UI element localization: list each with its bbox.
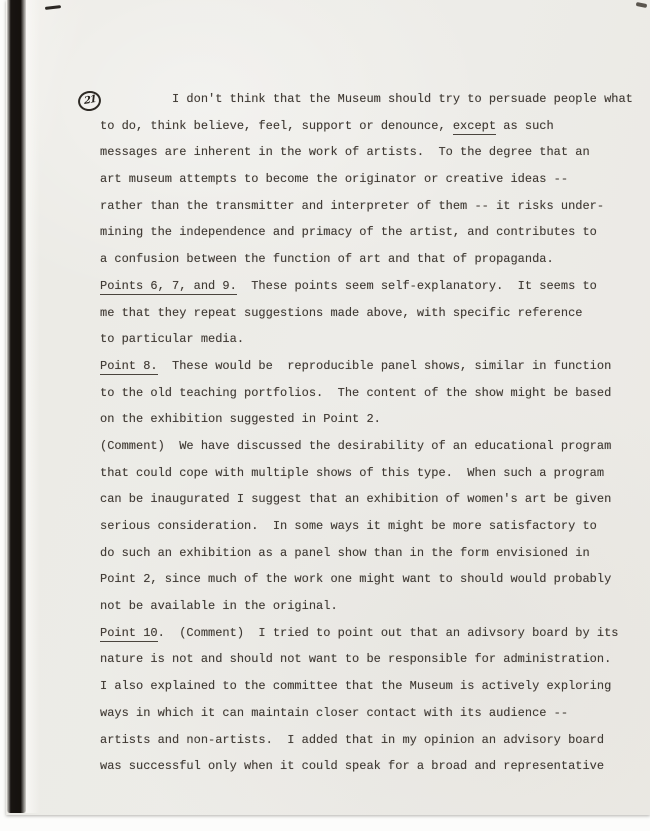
text-line: not be available in the original. — [100, 593, 630, 620]
text-segment: artists and non-artists. I added that in… — [100, 733, 604, 747]
text-line: I don't think that the Museum should try… — [100, 86, 630, 113]
text-segment: mining the independence and primacy of t… — [100, 225, 597, 239]
text-segment: not be available in the original. — [100, 599, 338, 613]
text-segment: can be inaugurated I suggest that an exh… — [100, 492, 611, 506]
document-text: I don't think that the Museum should try… — [100, 86, 630, 780]
text-line: (Comment) We have discussed the desirabi… — [100, 433, 630, 460]
page-number: 21 — [83, 95, 95, 107]
underlined-text: except — [453, 119, 496, 135]
text-segment: me that they repeat suggestions made abo… — [100, 306, 582, 320]
text-line: Point 8. These would be reproducible pan… — [100, 353, 630, 380]
binding-glare — [26, 0, 40, 813]
text-segment: that could cope with multiple shows of t… — [100, 466, 604, 480]
text-segment: art museum attempts to become the origin… — [100, 172, 568, 186]
text-line: messages are inherent in the work of art… — [100, 139, 630, 166]
underlined-text: Points 6, 7, and 9. — [100, 279, 237, 295]
text-line: Points 6, 7, and 9. These points seem se… — [100, 273, 630, 300]
text-segment: messages are inherent in the work of art… — [100, 145, 590, 159]
binding-edge — [7, 0, 26, 813]
text-line: a confusion between the function of art … — [100, 246, 630, 273]
text-line: was successful only when it could speak … — [100, 753, 630, 780]
text-segment: a confusion between the function of art … — [100, 252, 554, 266]
text-line: ways in which it can maintain closer con… — [100, 700, 630, 727]
text-line: Point 10. (Comment) I tried to point out… — [100, 620, 630, 647]
underlined-text: Point 10 — [100, 626, 158, 642]
text-segment: ways in which it can maintain closer con… — [100, 706, 568, 720]
text-line: I also explained to the committee that t… — [100, 673, 630, 700]
text-segment: I also explained to the committee that t… — [100, 679, 611, 693]
text-segment: (Comment) We have discussed the desirabi… — [100, 439, 611, 453]
text-segment: was successful only when it could speak … — [100, 759, 604, 773]
text-segment: as such — [496, 119, 554, 133]
text-segment: These would be reproducible panel shows,… — [158, 359, 612, 373]
text-segment: to the old teaching portfolios. The cont… — [100, 386, 611, 400]
underlined-text: Point 8. — [100, 359, 158, 375]
text-segment: on the exhibition suggested in Point 2. — [100, 412, 381, 426]
text-segment: to particular media. — [100, 332, 244, 346]
text-segment: Point 2, since much of the work one migh… — [100, 572, 611, 586]
text-segment: rather than the transmitter and interpre… — [100, 199, 604, 213]
text-line: nature is not and should not want to be … — [100, 646, 630, 673]
text-segment: . (Comment) I tried to point out that an… — [158, 626, 619, 640]
text-line: to do, think believe, feel, support or d… — [100, 113, 630, 140]
text-line: me that they repeat suggestions made abo… — [100, 300, 630, 327]
text-line: mining the independence and primacy of t… — [100, 219, 630, 246]
text-line: that could cope with multiple shows of t… — [100, 460, 630, 487]
text-segment: I don't think that the Museum should try… — [100, 92, 633, 106]
text-line: to the old teaching portfolios. The cont… — [100, 380, 630, 407]
text-line: can be inaugurated I suggest that an exh… — [100, 486, 630, 513]
text-line: art museum attempts to become the origin… — [100, 166, 630, 193]
text-line: rather than the transmitter and interpre… — [100, 193, 630, 220]
scanned-page: 21 I don't think that the Museum should … — [0, 0, 650, 831]
text-line: do such an exhibition as a panel show th… — [100, 540, 630, 567]
text-line: on the exhibition suggested in Point 2. — [100, 406, 630, 433]
text-line: serious consideration. In some ways it m… — [100, 513, 630, 540]
text-segment: do such an exhibition as a panel show th… — [100, 546, 590, 560]
text-line: Point 2, since much of the work one migh… — [100, 566, 630, 593]
text-segment: to do, think believe, feel, support or d… — [100, 119, 453, 133]
text-segment: These points seem self-explanatory. It s… — [237, 279, 597, 293]
text-line: artists and non-artists. I added that in… — [100, 727, 630, 754]
text-line: to particular media. — [100, 326, 630, 353]
text-segment: serious consideration. In some ways it m… — [100, 519, 597, 533]
text-segment: nature is not and should not want to be … — [100, 652, 611, 666]
